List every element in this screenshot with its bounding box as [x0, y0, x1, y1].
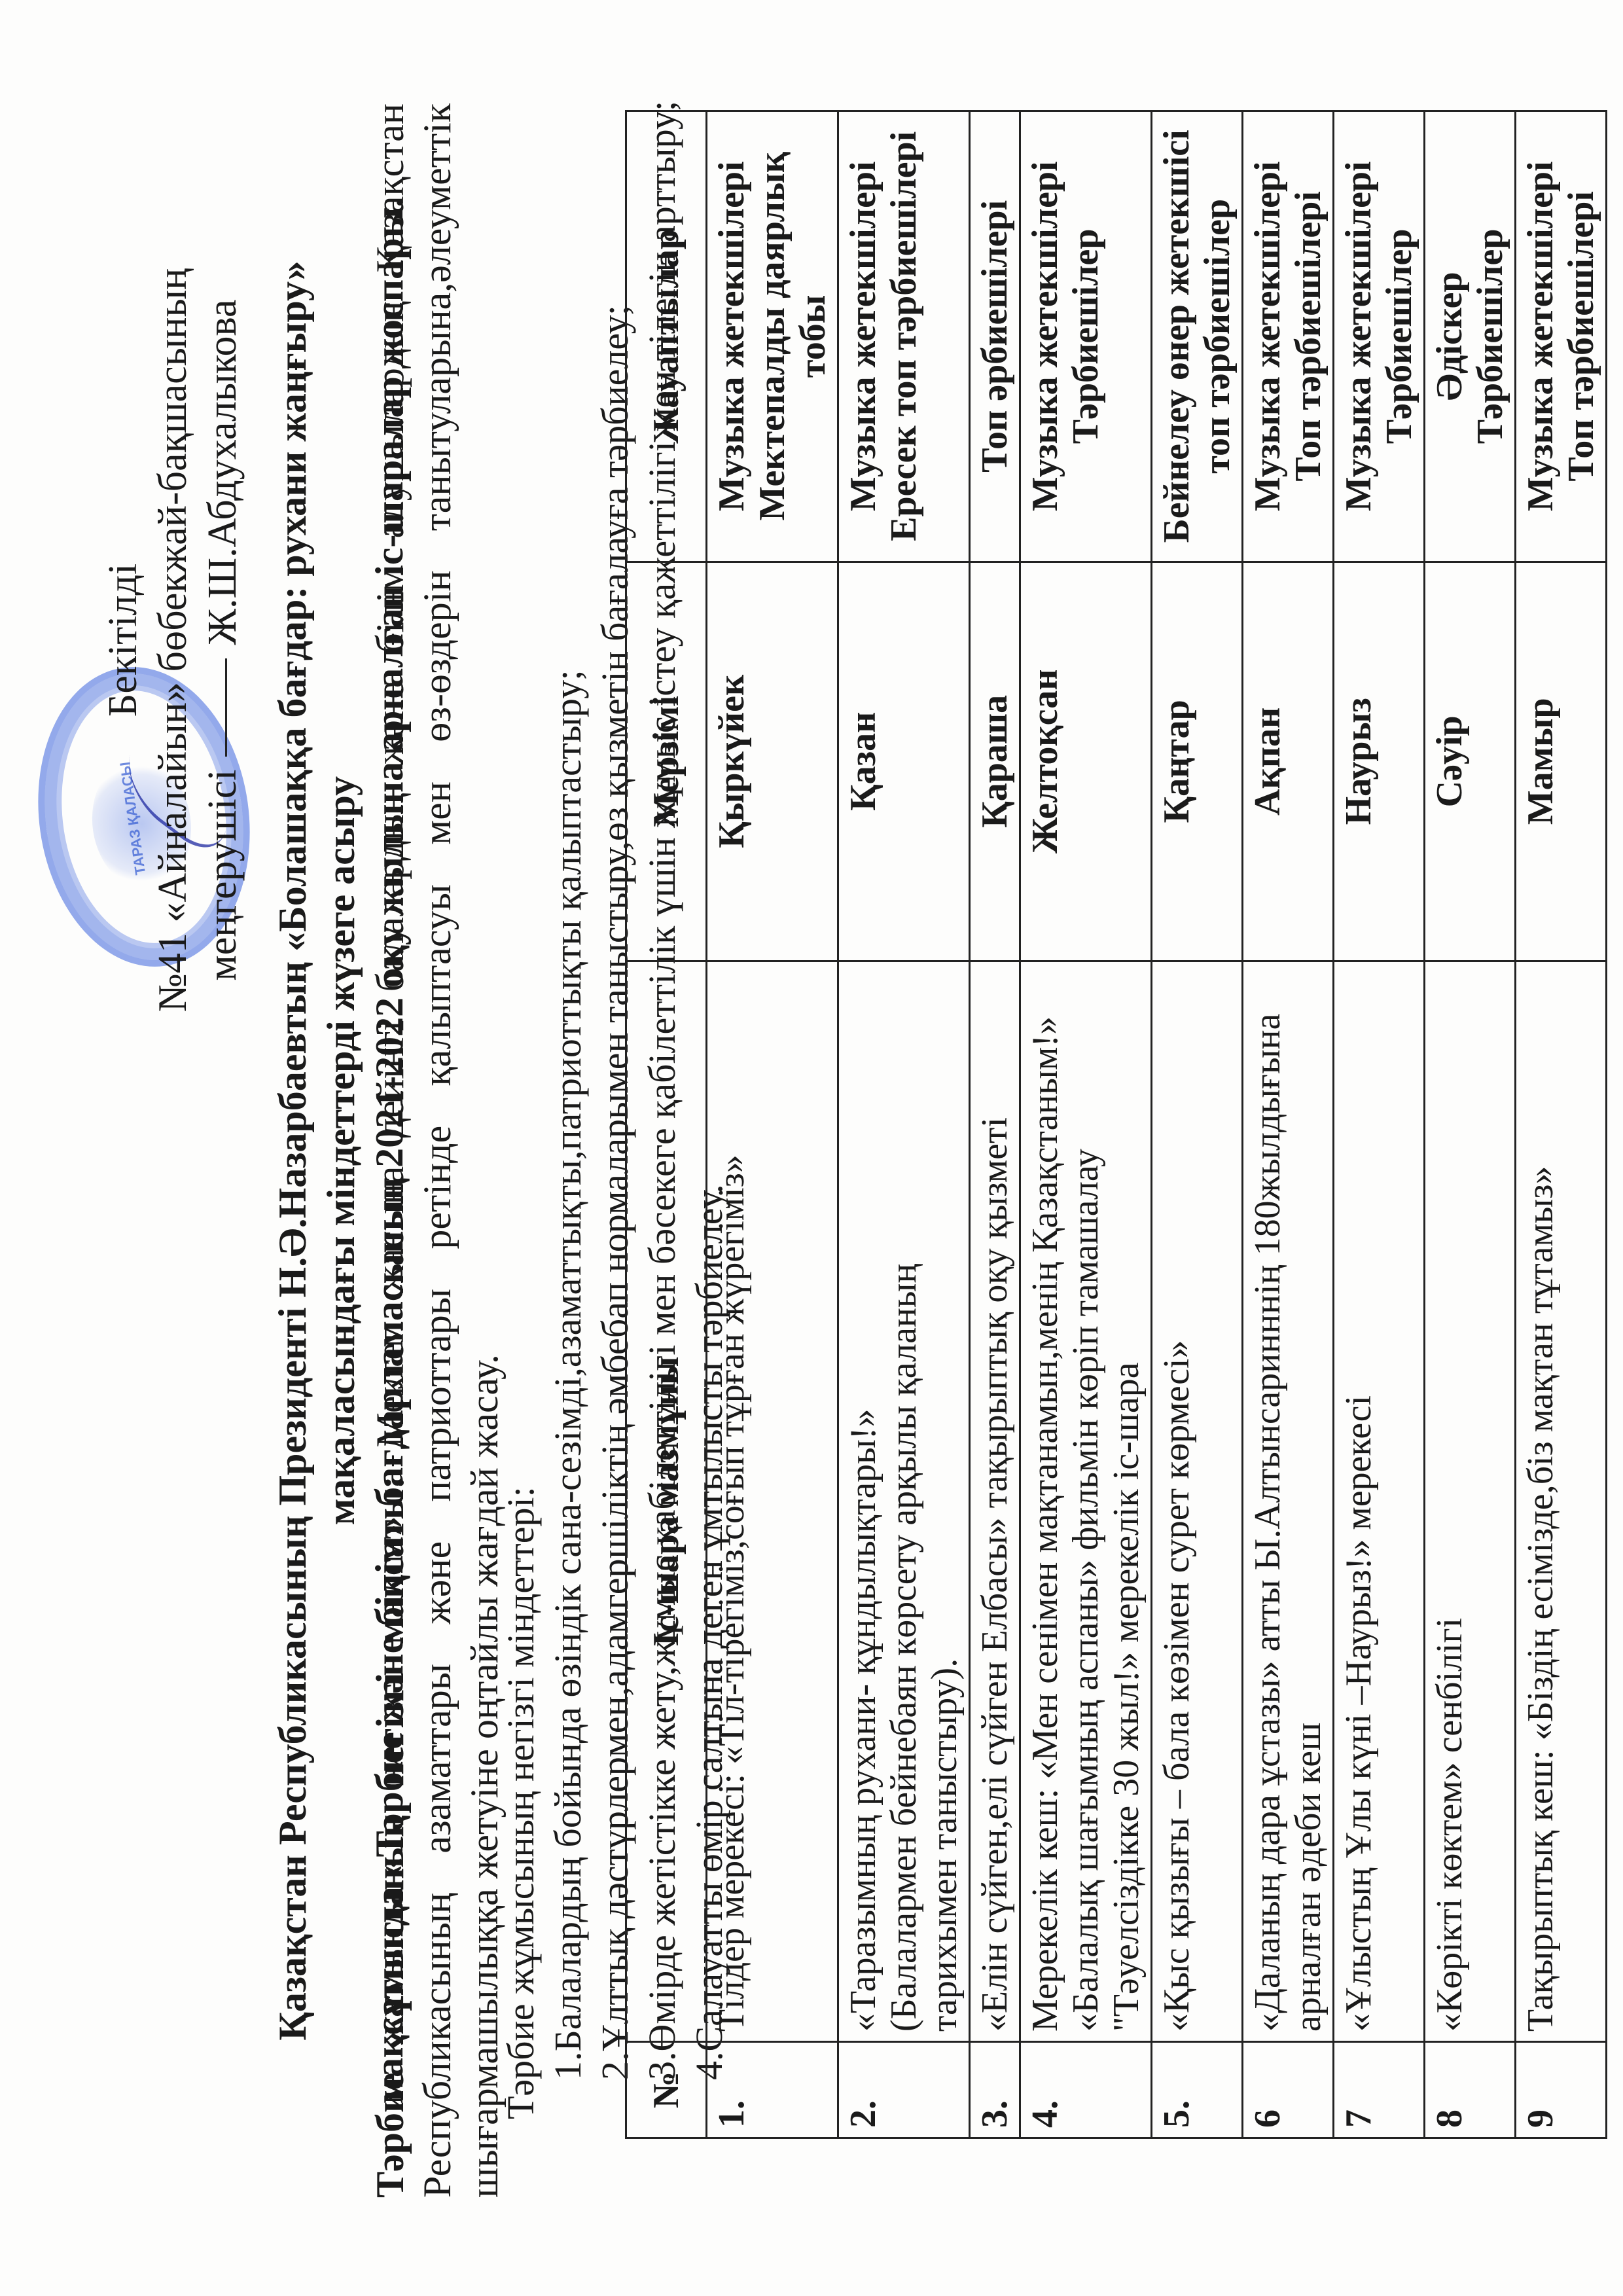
responsible-line: Тәрбиешілер: [1379, 121, 1419, 552]
event-term: Ақпан: [1243, 562, 1334, 961]
event-responsible: Музыка жетекшілеріТоп тәрбиешілері: [1516, 111, 1607, 562]
event-content: «Даланың дара ұстазы» атты Ы.Алтынсаринн…: [1243, 961, 1334, 2042]
document-page: ТАРАЗ ҚАЛАСЫ Бекітілді №41 «Айналайын» б…: [0, 0, 1623, 2296]
row-number: 6: [1243, 2042, 1334, 2138]
responsible-line: Музыка жетекшілері: [1247, 121, 1288, 552]
event-content: Тақырыптық кеш: «Біздің есімізде,біз мақ…: [1516, 961, 1607, 2042]
event-line: «Ұлыстың Ұлы күні –Наурыз!» мерекесі: [1338, 971, 1379, 2032]
event-line: «Қыс қызығы – бала көзімен сурет көрмесі…: [1156, 971, 1197, 2032]
event-line: «Елін сүйген,елі сүйген Елбасы» тақырыпт…: [974, 971, 1015, 2032]
table-row: 4.Мерекелік кеш: «Мен сенімен мақтанамын…: [1020, 111, 1152, 2138]
event-line: «Көрікті көктем» сенбілігі: [1429, 971, 1470, 2032]
responsible-line: Музыка жетекшілері: [843, 121, 883, 552]
event-term: Желтоқсан: [1020, 562, 1152, 961]
event-term: Қараша: [970, 562, 1020, 961]
event-term: Қазан: [838, 562, 970, 961]
header-event: Іс-шара мазмұны: [626, 961, 707, 2042]
responsible-line: Музыка жетекшілері: [1520, 121, 1561, 552]
organization-name: №41 «Айналайын» бөбекжай-бақшасының: [148, 215, 198, 1066]
responsible-line: Музыка жетекшілері: [1338, 121, 1379, 552]
event-content: «Елін сүйген,елі сүйген Елбасы» тақырыпт…: [970, 961, 1020, 2042]
approver-position: меңгерушісі: [200, 770, 245, 981]
table-body: 1.Тілдер мерекесі: «Тіл-тірегіміз,соғып …: [707, 111, 1607, 2138]
approver-line: меңгерушісіЖ.Ш.Абдухалыкова: [198, 215, 247, 1066]
table-row: 5.«Қыс қызығы – бала көзімен сурет көрме…: [1152, 111, 1243, 2138]
approved-label: Бекітілді: [98, 215, 148, 1066]
responsible-line: Тәрбиешілер: [1065, 121, 1106, 552]
event-content: «Ұлыстың Ұлы күні –Наурыз!» мерекесі: [1334, 961, 1425, 2042]
responsible-line: Ересек топ тәрбиешілері: [883, 121, 924, 552]
tasks-heading: Тәрбие жұмысының негізгі міндеттері:: [497, 64, 544, 2159]
responsible-line: Бейнелеу өнер жетекшісі: [1156, 121, 1197, 552]
event-content: Мерекелік кеш: «Мен сенімен мақтанамын,м…: [1020, 961, 1152, 2042]
goal-label: Тәрбие жұмысының негізгі мақсаты:: [368, 1476, 412, 2198]
event-line: Мерекелік кеш: «Мен сенімен мақтанамын,м…: [1025, 971, 1065, 2032]
row-number: 3.: [970, 2042, 1020, 2138]
row-number: 4.: [1020, 2042, 1152, 2138]
event-responsible: ӘдіскерТәрбиешілер: [1425, 111, 1516, 562]
event-content: «Көрікті көктем» сенбілігі: [1425, 961, 1516, 2042]
header-responsible: Жауаптылар: [626, 111, 707, 562]
event-term: Қаңтар: [1152, 562, 1243, 961]
event-content: «Таразымның рухани- құндылықтары!»(Балал…: [838, 961, 970, 2042]
approval-block: Бекітілді №41 «Айналайын» бөбекжай-бақша…: [98, 215, 247, 1066]
row-number: 2.: [838, 2042, 970, 2138]
table-row: 7«Ұлыстың Ұлы күні –Наурыз!» мерекесіНау…: [1334, 111, 1425, 2138]
event-term: Сәуір: [1425, 562, 1516, 961]
event-responsible: Музыка жетекшілеріМектепалды даярлық тоб…: [707, 111, 838, 562]
event-line: Тілдер мерекесі: «Тіл-тірегіміз,соғып тұ…: [711, 971, 752, 2032]
responsible-line: Топ әрбиешілері: [974, 121, 1015, 552]
event-line: Тақырыптық кеш: «Біздің есімізде,біз мақ…: [1520, 971, 1561, 2032]
event-line: тарихымен таныстыру).: [924, 971, 965, 2032]
event-line: арналған әдеби кеш: [1288, 971, 1329, 2032]
responsible-line: Тәрбиешілер: [1470, 121, 1510, 552]
event-responsible: Музыка жетекшілеріТәрбиешілер: [1020, 111, 1152, 562]
row-number: 8: [1425, 2042, 1516, 2138]
event-line: «Балалық шағымның аспаны» фильмін көріп …: [1065, 971, 1106, 2032]
event-term: Мамыр: [1516, 562, 1607, 961]
row-number: 1.: [707, 2042, 838, 2138]
responsible-line: Музыка жетекшілері: [1025, 121, 1065, 552]
responsible-line: Топ тәрбиешілері: [1288, 121, 1329, 552]
event-line: «Даланың дара ұстазы» атты Ы.Алтынсаринн…: [1247, 971, 1288, 2032]
table-row: 6«Даланың дара ұстазы» атты Ы.Алтынсарин…: [1243, 111, 1334, 2138]
event-responsible: Музыка жетекшілеріТәрбиешілер: [1334, 111, 1425, 562]
event-responsible: Музыка жетекшілеріТоп тәрбиешілері: [1243, 111, 1334, 562]
goal-paragraph: Тәрбие жұмысының негізгі мақсаты: Мектеп…: [366, 103, 508, 2198]
event-line: "Тәуелсіздікке 30 жыл!» мерекелік іс-шар…: [1106, 971, 1147, 2032]
event-term: Қыркүйек: [707, 562, 838, 961]
event-responsible: Музыка жетекшілеріЕресек топ тәрбиешілер…: [838, 111, 970, 562]
responsible-line: топ тәрбиешілер: [1197, 121, 1238, 552]
event-content: Тілдер мерекесі: «Тіл-тірегіміз,соғып тұ…: [707, 961, 838, 2042]
header-number: №: [626, 2042, 707, 2138]
events-plan-table: № Іс-шара мазмұны Мерзімі Жауаптылар 1.Т…: [625, 110, 1607, 2139]
event-responsible: Топ әрбиешілері: [970, 111, 1020, 562]
event-term: Наурыз: [1334, 562, 1425, 961]
row-number: 7: [1334, 2042, 1425, 2138]
table-header-row: № Іс-шара мазмұны Мерзімі Жауаптылар: [626, 111, 707, 2138]
approver-name: Ж.Ш.Абдухалыкова: [200, 299, 245, 645]
table-row: 1.Тілдер мерекесі: «Тіл-тірегіміз,соғып …: [707, 111, 838, 2138]
responsible-line: Әдіскер: [1429, 121, 1470, 552]
responsible-line: Музыка жетекшілері: [711, 121, 752, 552]
signature-line: [225, 658, 227, 757]
event-content: «Қыс қызығы – бала көзімен сурет көрмесі…: [1152, 961, 1243, 2042]
table-row: 2.«Таразымның рухани- құндылықтары!»(Бал…: [838, 111, 970, 2138]
row-number: 5.: [1152, 2042, 1243, 2138]
title-line-1: Қазақстан Республикасының Президенті Н.Ә…: [268, 136, 365, 2165]
table-row: 9Тақырыптық кеш: «Біздің есімізде,біз ма…: [1516, 111, 1607, 2138]
row-number: 9: [1516, 2042, 1607, 2138]
event-line: (Балалармен бейнебаян көрсету арқылы қал…: [883, 971, 924, 2032]
header-term: Мерзімі: [626, 562, 707, 961]
responsible-line: Топ тәрбиешілері: [1561, 121, 1601, 552]
table-row: 8«Көрікті көктем» сенбілігіСәуірӘдіскерТ…: [1425, 111, 1516, 2138]
table-row: 3.«Елін сүйген,елі сүйген Елбасы» тақыры…: [970, 111, 1020, 2138]
event-line: «Таразымның рухани- құндылықтары!»: [843, 971, 883, 2032]
task-item: 1.Балалардың бойында өзіндік сана-сезімд…: [544, 64, 592, 2159]
responsible-line: Мектепалды даярлық тобы: [752, 121, 833, 552]
event-responsible: Бейнелеу өнер жетекшісітоп тәрбиешілер: [1152, 111, 1243, 562]
